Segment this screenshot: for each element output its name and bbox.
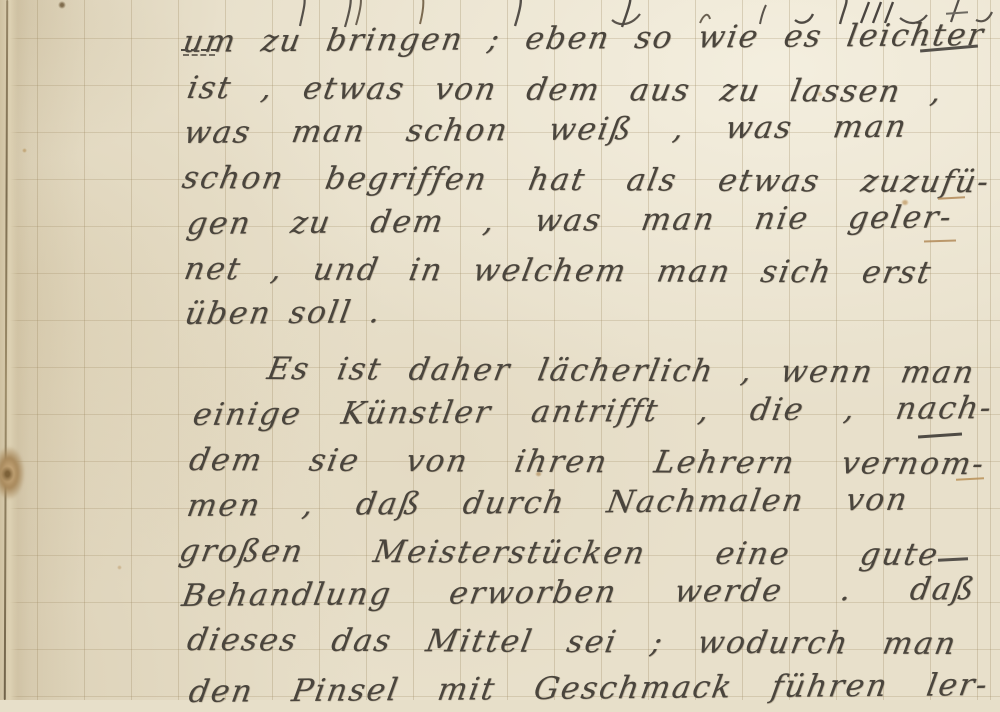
manuscript-page: um zu bringen ; eben so wie es leichter …: [0, 0, 1000, 700]
manuscript-line-14: dieses das Mittel sei ; wodurch man: [184, 620, 961, 664]
manuscript-line-4: schon begriffen hat als etwas zuzufü-: [179, 158, 994, 202]
manuscript-line-11: men , daß durch Nachmalen von: [184, 480, 912, 526]
manuscript-line-6: net , und in welchem man sich erst: [181, 249, 936, 293]
manuscript-line-13: Behandlung erworben werde . daß: [179, 569, 979, 616]
handwriting-block: um zu bringen ; eben so wie es leichter …: [0, 0, 1000, 700]
manuscript-line-1: um zu bringen ; eben so wie es leichter: [180, 15, 988, 62]
manuscript-line-2: ist , etwas von dem aus zu lassen ,: [184, 68, 947, 112]
manuscript-line-9: einige Künstler antrifft , die , nach-: [190, 388, 996, 435]
manuscript-line-12: großen Meisterstücken eine gute: [176, 531, 943, 575]
manuscript-line-10: dem sie von ihren Lehrern vernom-: [186, 440, 989, 484]
manuscript-line-8: Es ist daher lächerlich , wenn man: [264, 349, 979, 393]
manuscript-line-15: den Pinsel mit Geschmack führen ler-: [186, 665, 992, 700]
manuscript-line-5: gen zu dem , was man nie geler-: [184, 197, 956, 244]
manuscript-line-3: was man schon weiß , was man: [181, 107, 911, 153]
manuscript-line-7: üben soll .: [182, 292, 385, 334]
